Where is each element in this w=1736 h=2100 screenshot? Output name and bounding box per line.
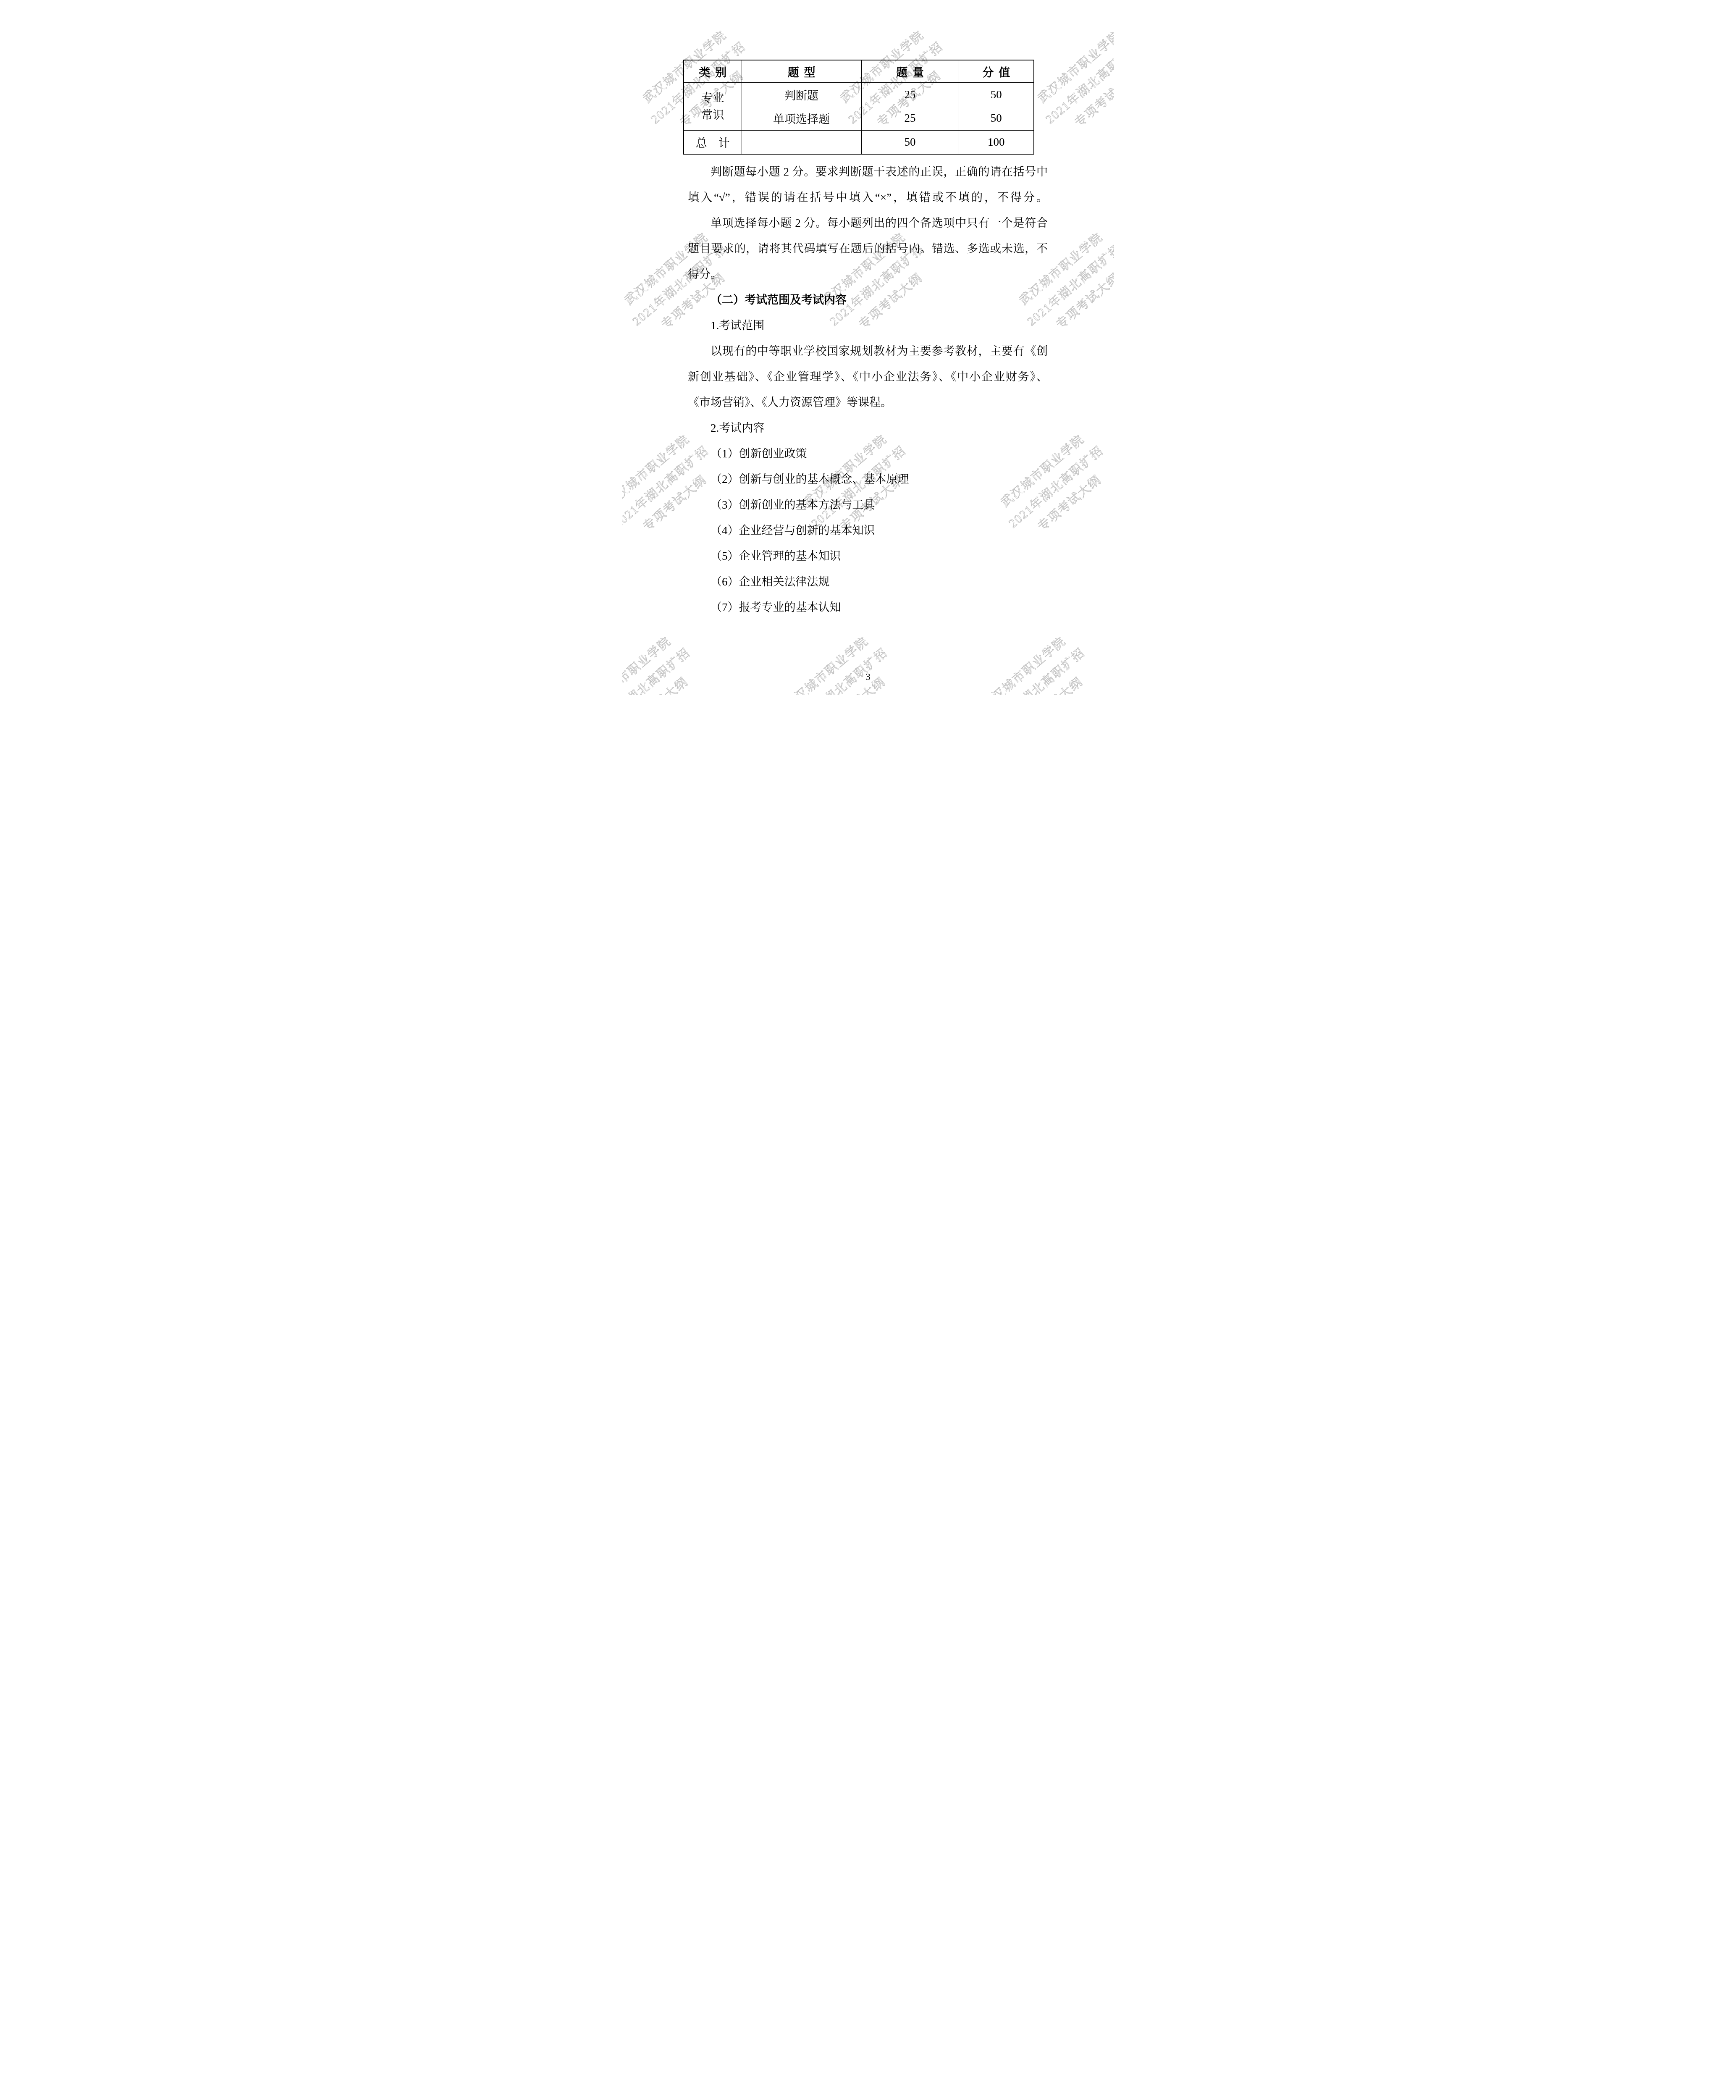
header-question-type: 题型 bbox=[742, 60, 861, 83]
body-line: （4）企业经营与创新的基本知识 bbox=[688, 518, 1048, 543]
header-category: 类别 bbox=[684, 60, 742, 83]
document-content: 类别 题型 题量 分值 专业 常识 判断题 25 50 单项选择题 bbox=[622, 0, 1114, 695]
cell-total-count: 50 bbox=[861, 130, 959, 154]
document-page: 武汉城市职业学院2021年湖北高职扩招专项考试大纲武汉城市职业学院2021年湖北… bbox=[622, 0, 1114, 695]
body-line: 1.考试范围 bbox=[688, 313, 1048, 339]
exam-structure-table: 类别 题型 题量 分值 专业 常识 判断题 25 50 单项选择题 bbox=[683, 60, 1034, 155]
body-line: （6）企业相关法律法规 bbox=[688, 569, 1048, 595]
body-line: 题目要求的，请将其代码填写在题后的括号内。错选、多选或未选，不 bbox=[688, 236, 1048, 262]
category-line: 专业 bbox=[701, 92, 724, 104]
body-line: （2）创新与创业的基本概念、基本原理 bbox=[688, 467, 1048, 492]
cell-total-score: 100 bbox=[959, 130, 1034, 154]
cell-score: 50 bbox=[959, 83, 1034, 106]
body-line: 得分。 bbox=[688, 262, 1048, 287]
body-line: 2.考试内容 bbox=[688, 415, 1048, 441]
body-line: 新创业基础》、《企业管理学》、《中小企业法务》、《中小企业财务》、 bbox=[688, 364, 1048, 390]
table-row: 专业 常识 判断题 25 50 bbox=[684, 83, 1034, 106]
header-score: 分值 bbox=[959, 60, 1034, 83]
cell-question-count: 25 bbox=[861, 83, 959, 106]
body-line: 判断题每小题 2 分。要求判断题干表述的正误，正确的请在括号中 bbox=[688, 159, 1048, 185]
document-body: 判断题每小题 2 分。要求判断题干表述的正误，正确的请在括号中填入“√”，错误的… bbox=[688, 159, 1048, 620]
body-line: 以现有的中等职业学校国家规划教材为主要参考教材，主要有《创 bbox=[688, 339, 1048, 364]
category-line: 常识 bbox=[701, 109, 724, 121]
body-line: （7）报考专业的基本认知 bbox=[688, 595, 1048, 620]
cell-question-count: 25 bbox=[861, 106, 959, 131]
cell-total-label: 总 计 bbox=[684, 130, 742, 154]
page-number: 3 bbox=[622, 669, 1114, 685]
table-header-row: 类别 题型 题量 分值 bbox=[684, 60, 1034, 83]
body-line: 填入“√”，错误的请在括号中填入“×”，填错或不填的，不得分。 bbox=[688, 185, 1048, 210]
table-total-row: 总 计 50 100 bbox=[684, 130, 1034, 154]
body-line: （二）考试范围及考试内容 bbox=[688, 287, 1048, 313]
cell-question-type: 单项选择题 bbox=[742, 106, 861, 131]
cell-score: 50 bbox=[959, 106, 1034, 131]
cell-question-type: 判断题 bbox=[742, 83, 861, 106]
body-line: （3）创新创业的基本方法与工具 bbox=[688, 492, 1048, 518]
body-line: （5）企业管理的基本知识 bbox=[688, 543, 1048, 569]
cell-category: 专业 常识 bbox=[684, 83, 742, 130]
body-line: （1）创新创业政策 bbox=[688, 441, 1048, 467]
header-question-count: 题量 bbox=[861, 60, 959, 83]
body-line: 单项选择每小题 2 分。每小题列出的四个备选项中只有一个是符合 bbox=[688, 210, 1048, 236]
cell-total-type bbox=[742, 130, 861, 154]
body-line: 《市场营销》、《人力资源管理》等课程。 bbox=[688, 390, 1048, 415]
